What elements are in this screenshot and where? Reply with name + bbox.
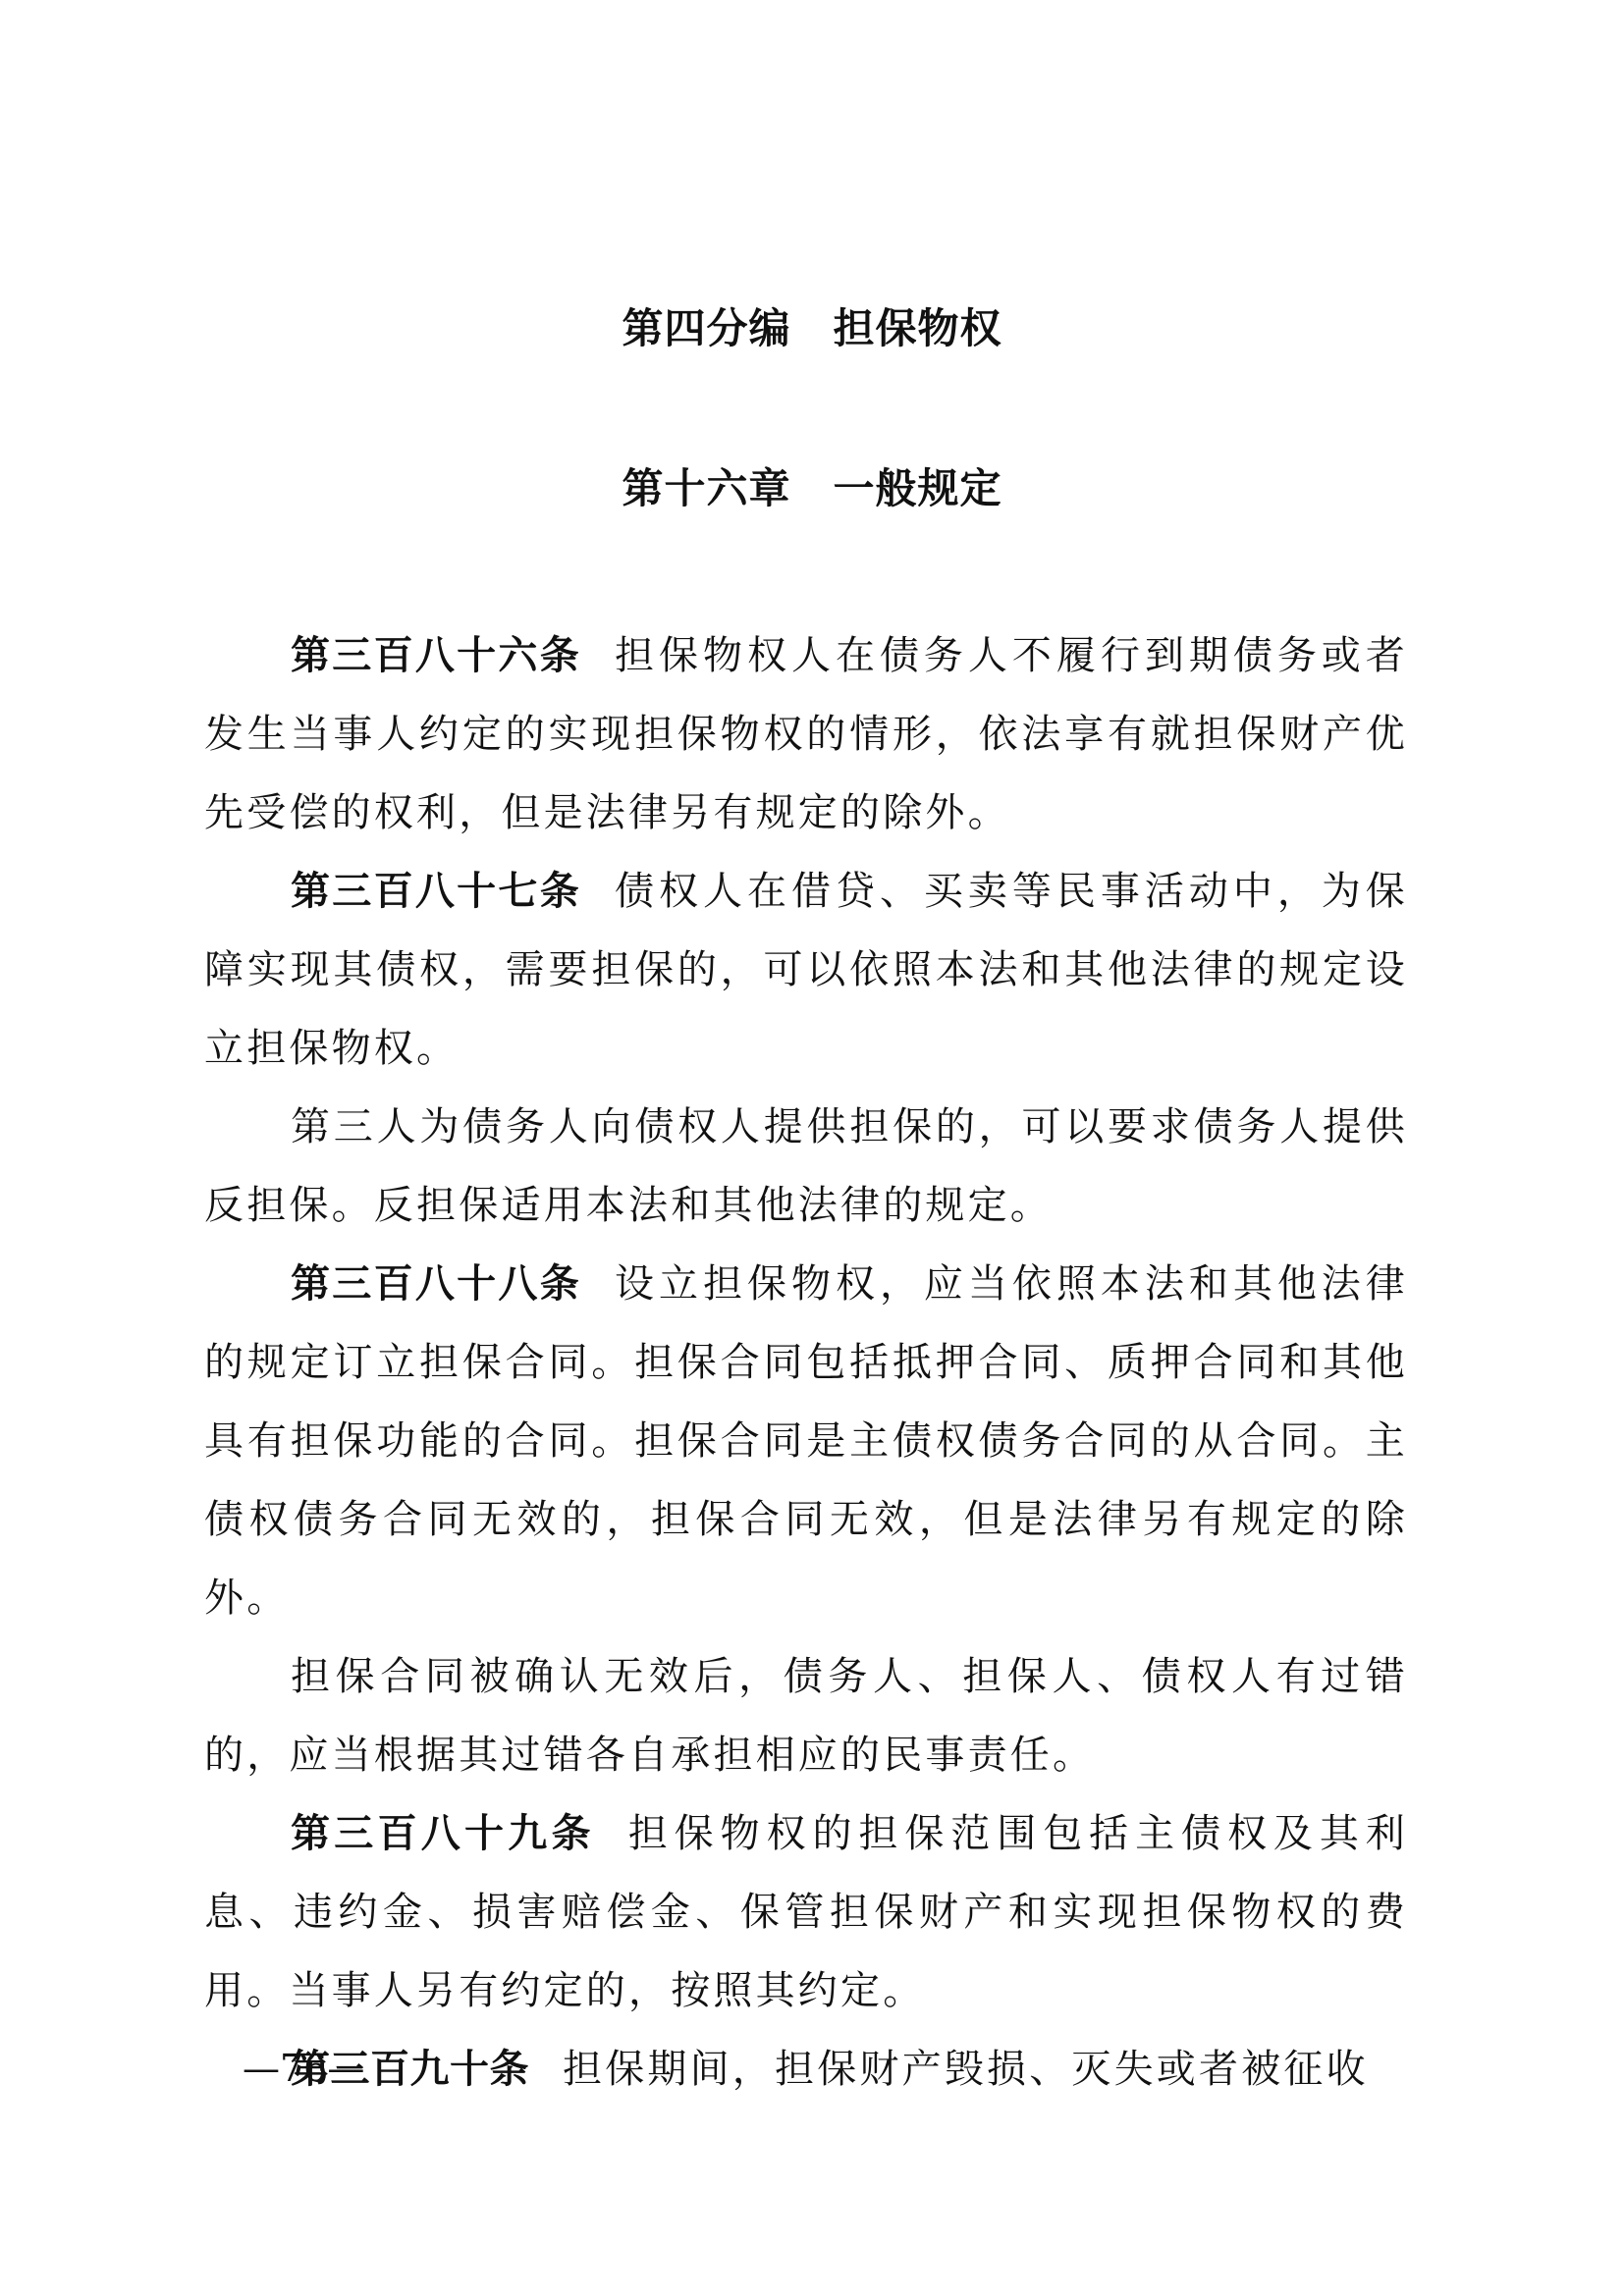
article-387-paragraph: 第三百八十七条债权人在借贷、买卖等民事活动中，为保障实现其债权，需要担保的，可以… — [204, 852, 1408, 1088]
article-number: 第三百八十八条 — [291, 1261, 581, 1307]
article-text: 担保期间，担保财产毁损、灭失或者被征收 — [563, 2047, 1369, 2092]
article-387-clause-2: 第三人为债务人向债权人提供担保的，可以要求债务人提供反担保。反担保适用本法和其他… — [204, 1088, 1408, 1245]
article-text: 设立担保物权，应当依照本法和其他法律的规定订立担保合同。担保合同包括抵押合同、质… — [204, 1261, 1408, 1621]
document-page: 第四分编 担保物权 第十六章 一般规定 第三百八十六条担保物权人在债务人不履行到… — [0, 0, 1624, 2296]
article-number: 第三百八十九条 — [291, 1811, 595, 1856]
body-text: 第三百八十六条担保物权人在债务人不履行到期债务或者发生当事人约定的实现担保物权的… — [204, 616, 1408, 2109]
article-390-paragraph: 第三百九十条担保期间，担保财产毁损、灭失或者被征收 — [204, 2030, 1408, 2109]
article-text: 担保合同被确认无效后，债务人、担保人、债权人有过错的，应当根据其过错各自承担相应… — [204, 1654, 1408, 1778]
article-386-paragraph: 第三百八十六条担保物权人在债务人不履行到期债务或者发生当事人约定的实现担保物权的… — [204, 616, 1408, 852]
article-number: 第三百八十七条 — [291, 869, 581, 914]
page-number: —76— — [243, 2044, 364, 2093]
chapter-heading: 第十六章 一般规定 — [0, 459, 1624, 518]
article-389-paragraph: 第三百八十九条担保物权的担保范围包括主债权及其利息、违约金、损害赔偿金、保管担保… — [204, 1794, 1408, 2030]
article-number: 第三百八十六条 — [291, 633, 581, 678]
article-388-paragraph: 第三百八十八条设立担保物权，应当依照本法和其他法律的规定订立担保合同。担保合同包… — [204, 1245, 1408, 1637]
article-388-clause-2: 担保合同被确认无效后，债务人、担保人、债权人有过错的，应当根据其过错各自承担相应… — [204, 1637, 1408, 1794]
part-heading: 第四分编 担保物权 — [0, 299, 1624, 358]
article-text: 第三人为债务人向债权人提供担保的，可以要求债务人提供反担保。反担保适用本法和其他… — [204, 1104, 1408, 1228]
